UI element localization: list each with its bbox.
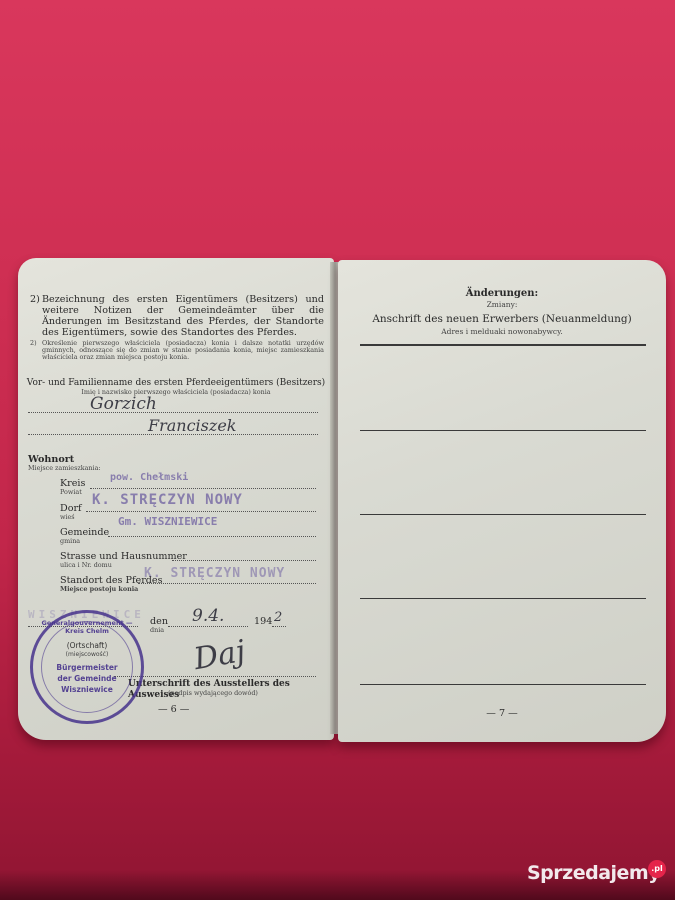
ortschaft-label-de: (Ortschaft)	[33, 641, 141, 650]
stamp-line-3: Wiszniewice	[33, 685, 141, 694]
changes-title-pl: Zmiany:	[338, 301, 666, 308]
year-prefix: 194	[254, 616, 272, 627]
header-rule	[360, 344, 646, 346]
entry-rule-1	[360, 430, 646, 431]
residence-label-pl: Miejsce zamieszkania:	[28, 465, 101, 472]
ortschaft-label-pl: (miejscowość)	[33, 651, 141, 658]
sprzedajemy-watermark: Sprzedajemy	[527, 862, 660, 884]
entry-rule-4	[360, 684, 646, 685]
note-number: 2)	[30, 294, 40, 305]
year-line	[272, 626, 286, 627]
stamp-ring-text: Generalgouvernement — Kreis Chelm	[33, 619, 141, 635]
owner-surname: Gorzich	[90, 394, 157, 414]
signature-label-pl: (podpis wydającego dowód)	[168, 690, 258, 697]
dorf-line	[86, 511, 316, 512]
stamp-line-1: Bürgermeister	[33, 663, 141, 672]
den-label-pl: dnia	[150, 627, 164, 634]
horse-passport-booklet: 2) Bezeichnung des ersten Eigentümers (B…	[18, 258, 668, 740]
standort-label-pl: Miejsce postoju konia	[60, 586, 138, 593]
stamp-line-2: der Gemeinde	[33, 674, 141, 683]
kreis-stamp: pow. Chełmski	[110, 472, 188, 483]
year-suffix: 2	[274, 610, 282, 625]
signature-handwritten: Daj	[191, 634, 248, 677]
right-page-number: — 7 —	[338, 708, 666, 719]
left-page: 2) Bezeichnung des ersten Eigentümers (B…	[18, 258, 334, 740]
gemeinde-line	[108, 536, 316, 537]
owner-firstname: Franciszek	[148, 416, 236, 435]
date-line	[168, 626, 248, 627]
signature-line	[114, 676, 316, 677]
entry-rule-3	[360, 598, 646, 599]
dorf-label-pl: wieś	[60, 514, 75, 521]
note-de: Bezeichnung des ersten Eigentümers (Besi…	[42, 294, 324, 338]
entry-rule-2	[360, 514, 646, 515]
left-page-number: — 6 —	[158, 704, 189, 715]
date-handwritten: 9.4.	[192, 606, 224, 626]
new-acquirer-label-pl: Adres i melduaki nowonabywcy.	[338, 328, 666, 335]
note-pl-number: 2)	[30, 340, 40, 347]
watermark-pl-badge: .pl	[648, 860, 666, 878]
right-page: Änderungen: Zmiany: Anschrift des neuen …	[338, 260, 666, 742]
standort-stamp: K. STRĘCZYN NOWY	[144, 566, 285, 581]
strasse-line	[172, 560, 316, 561]
new-acquirer-label-de: Anschrift des neuen Erwerbers (Neuanmeld…	[338, 314, 666, 325]
owner-name-label-pl: Imię i nazwisko pierwszego właściciela (…	[26, 389, 326, 396]
gemeinde-stamp: Gm. WISZNIEWICE	[118, 515, 217, 528]
official-round-stamp: Generalgouvernement — Kreis Chelm (Ortsc…	[30, 610, 144, 724]
kreis-label-pl: Powiat	[60, 489, 82, 496]
standort-line	[138, 583, 316, 584]
firstname-line	[28, 434, 318, 435]
gemeinde-label-pl: gmina	[60, 538, 80, 545]
surname-line	[28, 412, 318, 413]
strasse-label-pl: ulica i Nr. domu	[60, 562, 112, 569]
dorf-stamp: K. STRĘCZYN NOWY	[92, 492, 243, 508]
note-pl: Określenie pierwszego właściciela (posia…	[42, 340, 324, 361]
changes-title-de: Änderungen:	[338, 288, 666, 299]
kreis-line	[90, 488, 316, 489]
